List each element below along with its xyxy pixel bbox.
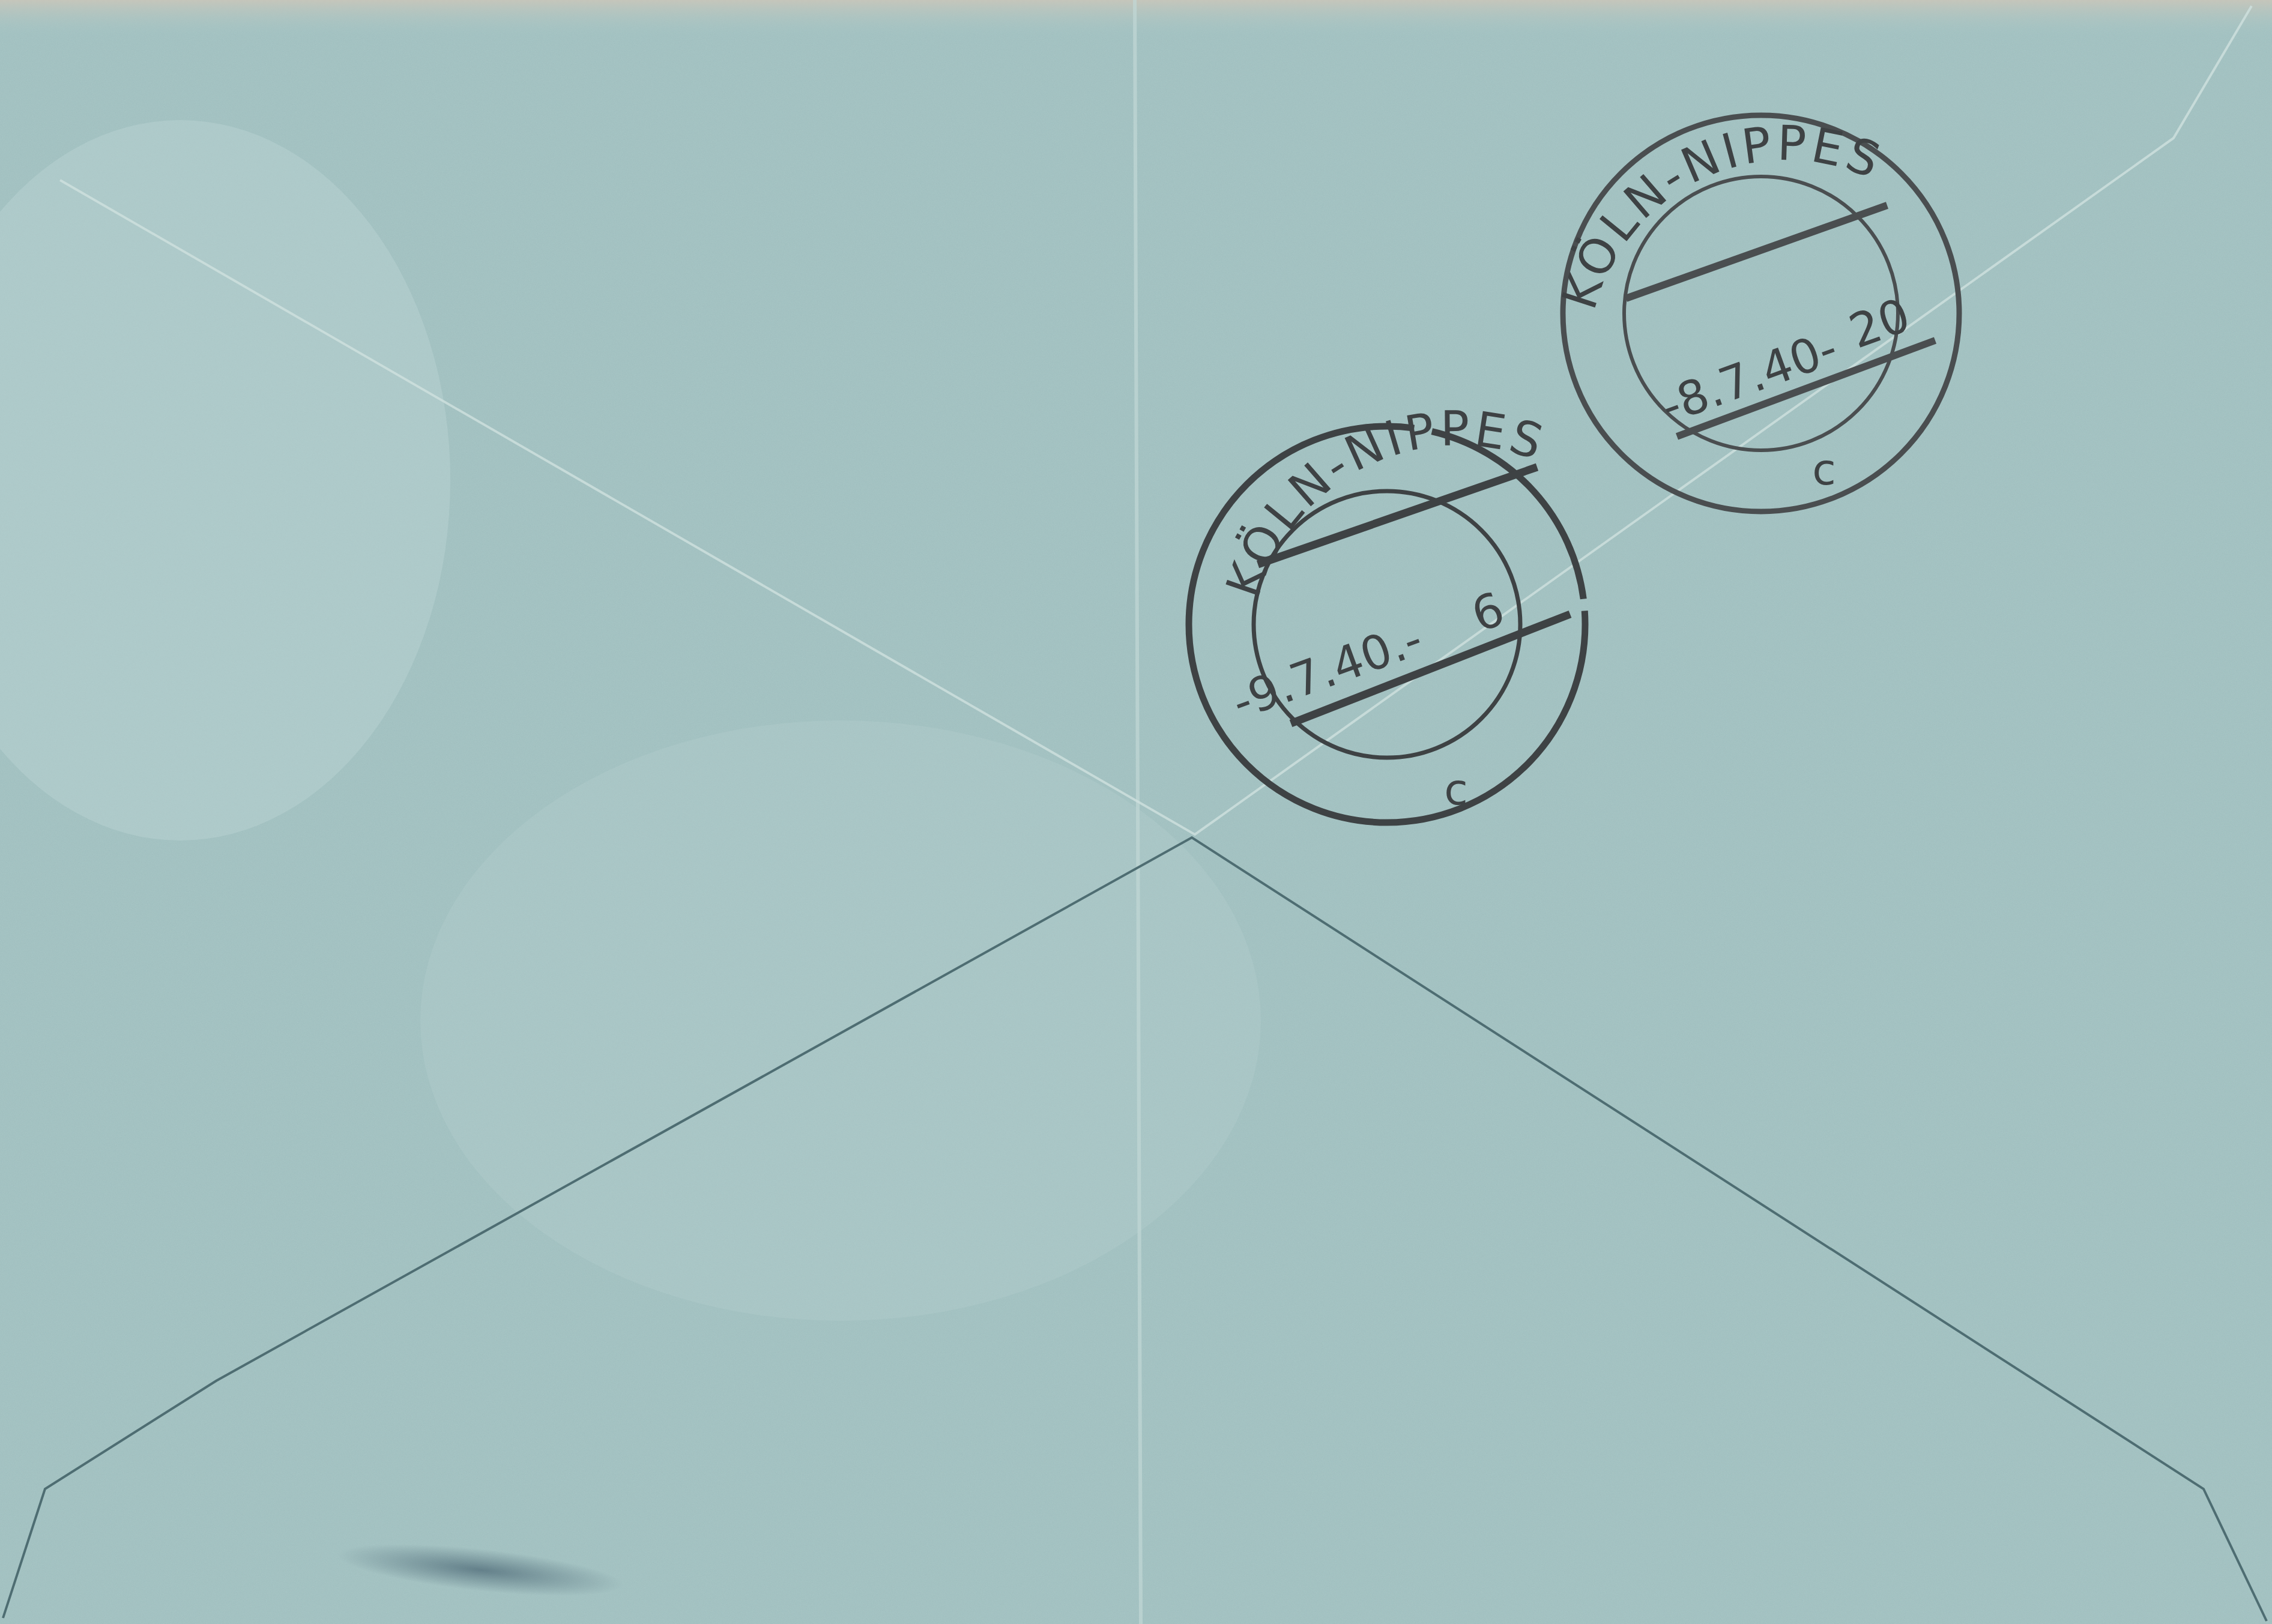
paper-light-patch [420,720,1261,1321]
envelope-back: -9.7.40.- 6 c KÖLN-NIPPES -8.7.40- 20 c … [0,0,2272,1624]
postmark-office-letter: c [1812,444,1836,495]
postmark-office-letter: c [1444,764,1468,815]
